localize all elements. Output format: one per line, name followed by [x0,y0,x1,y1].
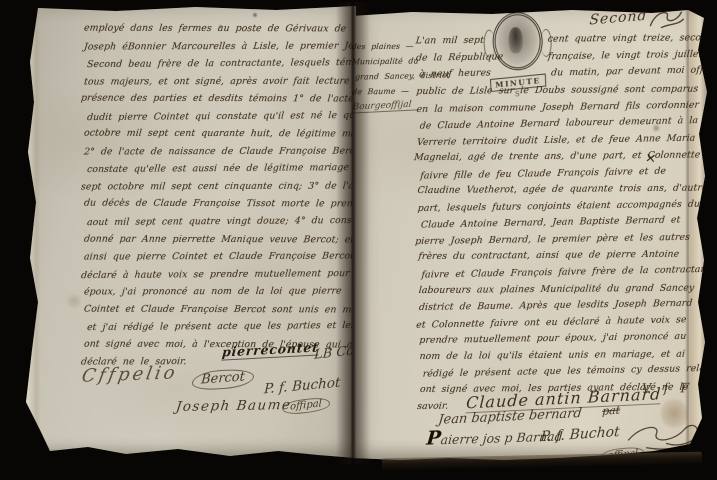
manuscript-line: constate qu'elle est aussi née de légiti… [86,159,356,179]
signature-buchot-left: P. f. Buchot [264,375,341,398]
page-number-annotation: Second [589,8,648,28]
manuscript-line: du matin, par devant moi officier [550,63,708,83]
manuscript-line: 2° de l'acte de naissance de Claude Fran… [83,142,356,161]
manuscript-line: octobre mil sept cent quarante huit, de … [83,125,356,143]
signature-bercot: Bercot [191,368,254,391]
right-page-content: Second MINUTE S des plaines —Municipalit… [352,8,712,460]
stamp-figure [508,27,522,53]
margin-note-line: de Baume — [352,83,417,99]
manuscript-line: présence des parties et desdits témoins … [80,90,356,108]
manuscript-line: cent quatre vingt treize, second [547,30,709,48]
stain-mark [252,12,258,18]
manuscript-line: sept octobre mil sept cent cinquante cin… [80,177,356,196]
minute-stamp: MINUTE S [481,12,554,99]
margin-note: des plaines —Municipalité dugrand Sancey… [352,39,416,100]
manuscript-line: époux, j'ai prononcé au nom de la loi qu… [83,283,356,302]
opening-lines-right: cent quatre vingt treize, secondfrançais… [548,30,709,82]
margin-note-line: Municipalité du [352,53,417,69]
stain-mark [64,294,84,308]
margin-note-signature: Bourgeoffijal [352,99,419,113]
ink-cross-mark: ✕ [644,151,657,167]
signature-paraph-pat: pat [602,403,621,418]
margin-note-line: des plaines — [352,39,416,55]
right-page-text: public de Lisle sur le Doubs soussigné s… [416,81,710,415]
right-page: Second MINUTE S des plaines —Municipalit… [352,8,712,460]
manuscript-line: dudit pierre Cointet qui constate qu'il … [86,107,356,127]
signature-cffpelio: Cffpelio [80,362,179,386]
manuscript-line: donné par Anne pierrette Manique veuve B… [83,230,356,248]
left-page-text: employé dans les fermes au poste de Géri… [84,20,356,371]
left-page: employé dans les fermes au poste de Géri… [26,6,356,458]
scanned-register-spread: employé dans les fermes au poste de Géri… [0,0,717,480]
manuscript-line: Cointet et Claude Françoise Bercot sont … [83,300,356,318]
manuscript-line: ainsi que pierre Cointet et Claude Franç… [83,248,356,267]
header-paraph-flourish [647,8,687,32]
manuscript-line: tous majeurs, et ont signé, après avoir … [83,72,356,91]
manuscript-line: du décès de Claude Françoise Tissot mort… [83,195,356,213]
stamp-oval [492,12,543,71]
manuscript-line: déclaré à haute voix se prendre mutuelle… [80,265,356,285]
signature-joseph-baume: Joseph Baume [175,397,292,415]
manuscript-line: employé dans les fermes au poste de Géri… [83,20,356,38]
left-page-deckle-edge [26,6,41,458]
margin-note-line: grand Sancey, district [355,68,417,84]
manuscript-line: Joseph éBonnier Marcourelles à Lisle, le… [83,37,356,56]
manuscript-line: aout mil sept cent quatre vingt douze; 4… [86,212,356,232]
manuscript-line: Second beau frère de la contractante, le… [86,54,356,74]
signature-witness-marks: V f F [642,381,694,397]
manuscript-line: et j'ai rédigé le présent acte que les p… [86,317,356,337]
